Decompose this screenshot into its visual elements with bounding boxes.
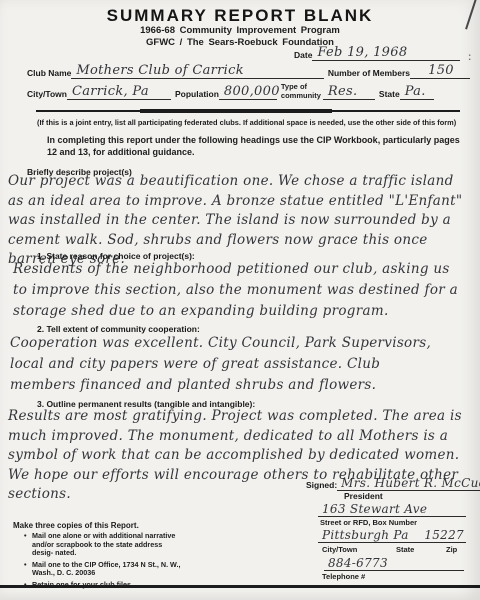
- street-label: Street or RFD, Box Number: [320, 518, 417, 527]
- signature-value: Mrs. Hubert R. McCue: [337, 477, 480, 491]
- city-state-zip-row: Pittsburgh Pa 15227: [318, 529, 466, 543]
- section-divider-dark: [140, 109, 332, 113]
- members-value: 150: [410, 64, 470, 79]
- city-row: City/Town Carrick, Pa Population 800,000…: [27, 82, 470, 100]
- copies-title: Make three copies of this Report.: [13, 521, 139, 530]
- community-type-value: Res.: [323, 85, 375, 100]
- form-title: SUMMARY REPORT BLANK: [0, 6, 480, 26]
- street-row: 163 Stewart Ave: [318, 503, 466, 517]
- street-value: 163 Stewart Ave: [318, 503, 466, 517]
- instructions-note: In completing this report under the foll…: [47, 135, 465, 158]
- sig-zip-value: 15227: [420, 529, 466, 542]
- date-value: Feb 19, 1968: [312, 46, 460, 61]
- bottom-edge-line: [0, 585, 480, 588]
- copies-bullet-2: Mail one to the CIP Office, 1734 N St., …: [32, 561, 184, 578]
- sig-state-label: State: [396, 545, 414, 554]
- city-town-label: City/Town: [27, 89, 67, 100]
- cooperation-response: Cooperation was excellent. City Council,…: [10, 333, 448, 396]
- population-label: Population: [175, 89, 219, 100]
- date-label: Date: [294, 50, 312, 61]
- date-field: Date Feb 19, 1968: [294, 46, 460, 61]
- members-label: Number of Members: [328, 68, 410, 79]
- city-town-value: Carrick, Pa: [67, 85, 171, 100]
- state-value: Pa.: [400, 85, 434, 100]
- community-type-label: Type of community: [281, 82, 323, 100]
- signed-row: Signed: Mrs. Hubert R. McCue: [306, 477, 470, 491]
- sig-city-value: Pittsburgh Pa: [318, 529, 420, 542]
- sig-city-label: City/Town: [322, 545, 357, 554]
- joint-entry-note: (If this is a joint entry, list all part…: [37, 118, 465, 127]
- state-label: State: [379, 89, 400, 100]
- phone-row: 884-6773: [324, 557, 464, 571]
- signed-label: Signed:: [306, 480, 337, 491]
- sig-zip-label: Zip: [446, 545, 457, 554]
- copies-bullet-list: Mail one alone or with additional narrat…: [22, 532, 184, 593]
- club-name-value: Mothers Club of Carrick: [71, 64, 323, 79]
- population-value: 800,000: [219, 85, 277, 100]
- scan-speck: :: [468, 52, 471, 63]
- club-name-row: Club Name Mothers Club of Carrick Number…: [27, 64, 470, 79]
- copies-bullet-1: Mail one alone or with additional narrat…: [32, 532, 184, 558]
- program-subtitle: 1966-68 Community Improvement Program: [0, 25, 480, 36]
- club-name-label: Club Name: [27, 68, 71, 79]
- phone-value: 884-6773: [324, 557, 464, 571]
- president-label: President: [344, 491, 383, 501]
- reason-response: Residents of the neighborhood petitioned…: [13, 259, 465, 322]
- phone-label: Telephone #: [322, 572, 365, 581]
